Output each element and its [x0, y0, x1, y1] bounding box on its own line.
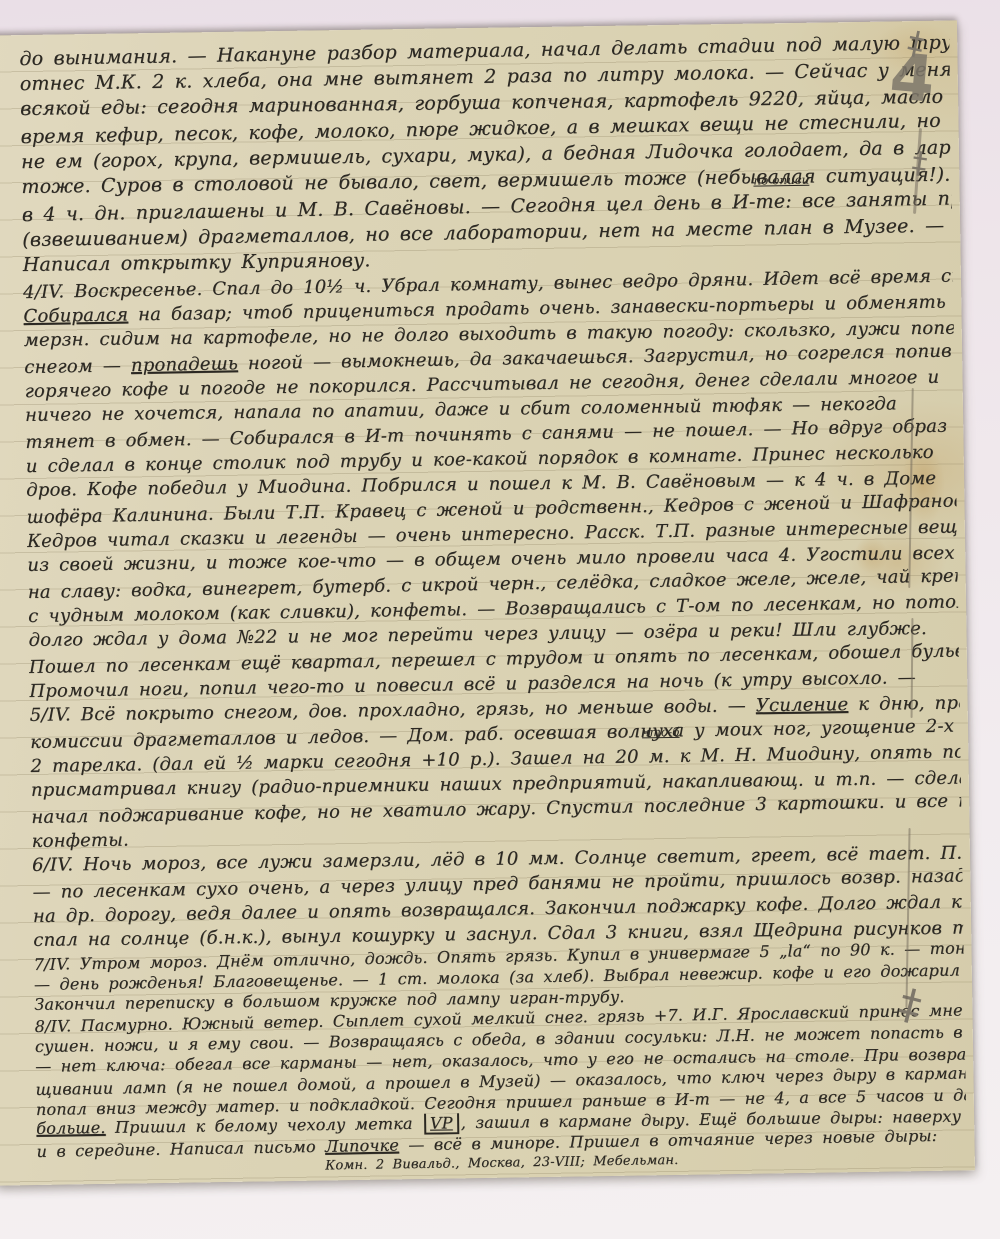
vp-box-annotation: VP [424, 1112, 459, 1135]
manuscript-paper: до вынимания. — Накануне разбор материал… [0, 20, 975, 1185]
inserted-word-above-line: что-б [642, 725, 680, 740]
scanned-diary-page: до вынимания. — Накануне разбор материал… [0, 0, 1000, 1239]
inserted-word-above-line: по описи [753, 173, 809, 188]
handwritten-text-block: до вынимания. — Накануне разбор материал… [0, 20, 975, 1185]
